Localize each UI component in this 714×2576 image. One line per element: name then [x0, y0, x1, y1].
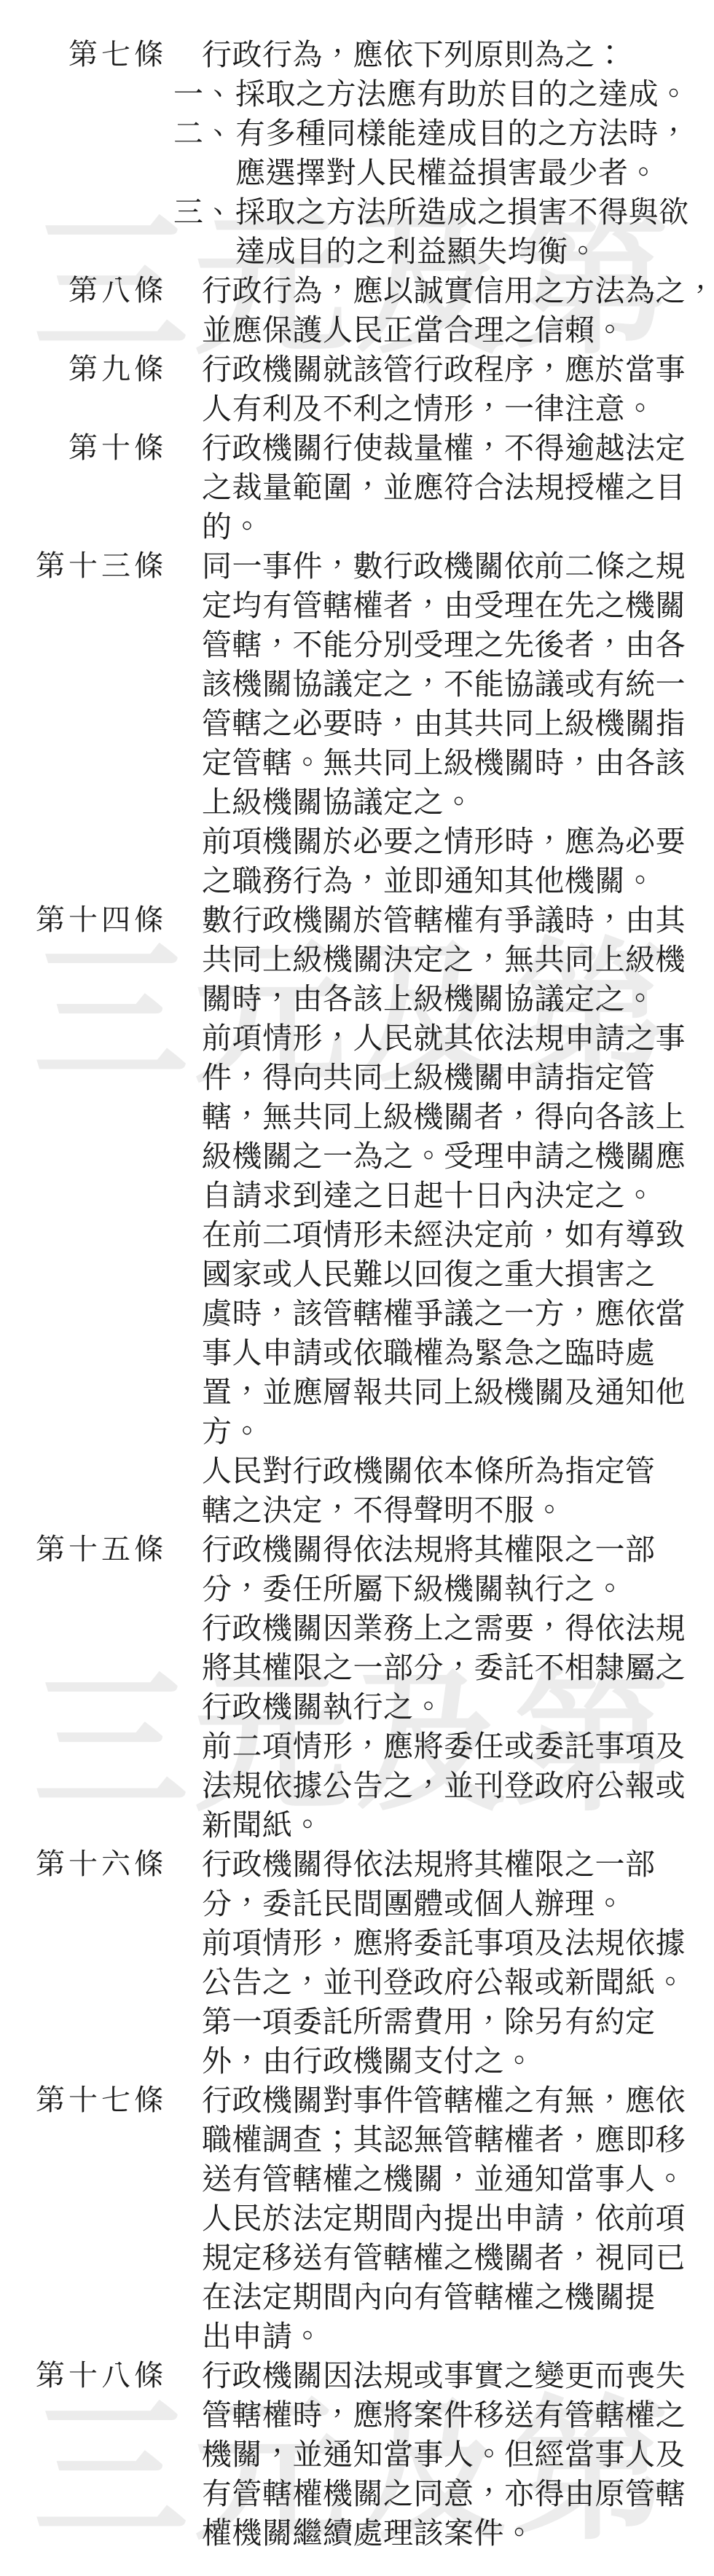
article-lines: 行政機關得依法規將其權限之一部分，委任所屬下級機關執行之。行政機關因業務上之需要… [0, 1530, 714, 1845]
line-text: 定管轄。無共同上級機關時，由各該 [202, 745, 686, 780]
line-text: 規定移送有管轄權之機關者，視同已 [202, 2240, 686, 2275]
line-text: 該機關協議定之，不能協議或有統一 [202, 667, 686, 702]
text-line: 將其權限之一部分，委託不相隸屬之 [202, 1648, 714, 1687]
text-line: 在法定期間內向有管轄權之機關提 [202, 2277, 714, 2317]
item-marker: 二、 [173, 114, 235, 153]
line-text: 行政機關對事件管轄權之有無，應依 [202, 2083, 686, 2118]
article: 第十五條 行政機關得依法規將其權限之一部分，委任所屬下級機關執行之。行政機關因業… [0, 1530, 714, 1845]
article-number: 第十四條 [0, 900, 167, 940]
text-line: 行政機關得依法規將其權限之一部 [202, 1845, 714, 1884]
text-line: 法規依據公告之，並刊登政府公報或 [202, 1766, 714, 1805]
text-line: 行政機關行使裁量權，不得逾越法定 [202, 428, 714, 468]
line-text: 第一項委託所需費用，除另有約定 [202, 2004, 656, 2039]
text-line: 行政機關得依法規將其權限之一部 [202, 1530, 714, 1569]
text-line: 級機關之一為之。受理申請之機關應 [202, 1136, 714, 1176]
text-line: 國家或人民難以回復之重大損害之 [202, 1254, 714, 1294]
text-line: 機關，並通知當事人。但經當事人及 [202, 2435, 714, 2474]
line-text: 送有管轄權之機關，並通知當事人。 [202, 2161, 686, 2196]
line-text: 行政機關因法規或事實之變更而喪失 [202, 2358, 686, 2393]
line-text: 在法定期間內向有管轄權之機關提 [202, 2279, 656, 2314]
text-line: 行政行為，應依下列原則為之： [202, 35, 714, 74]
text-line: 新聞紙。 [202, 1805, 714, 1845]
text-line: 之裁量範圍，並應符合法規授權之目 [202, 468, 714, 507]
line-text: 件，得向共同上級機關申請指定管 [202, 1060, 656, 1095]
line-text: 之職務行為，並即通知其他機關。 [202, 863, 656, 898]
line-text: 同一事件，數行政機關依前二條之規 [202, 549, 686, 584]
article: 第八條 行政行為，應以誠實信用之方法為之，並應保護人民正當合理之信賴。 [0, 271, 714, 350]
article-lines: 數行政機關於管轄權有爭議時，由其共同上級機關決定之，無共同上級機關時，由各該上級… [0, 900, 714, 1530]
line-text: 置，並應層報共同上級機關及通知他 [202, 1375, 686, 1410]
text-line: 轄之決定，不得聲明不服。 [202, 1491, 714, 1530]
text-line: 分，委任所屬下級機關執行之。 [202, 1569, 714, 1609]
line-text: 數行政機關於管轄權有爭議時，由其 [202, 903, 686, 938]
line-text: 方。 [202, 1414, 262, 1449]
text-line: 事人申請或依職權為緊急之臨時處 [202, 1333, 714, 1373]
article-number: 第十五條 [0, 1530, 167, 1569]
article-number: 第七條 [0, 35, 167, 74]
article-number: 第十條 [0, 428, 167, 468]
text-line: 二、有多種同樣能達成目的之方法時， [173, 114, 714, 153]
article: 第十七條 行政機關對事件管轄權之有無，應依職權調查；其認無管轄權者，應即移送有管… [0, 2081, 714, 2356]
line-text: 轄，無共同上級機關者，得向各該上 [202, 1099, 686, 1134]
text-line: 應選擇對人民權益損害最少者。 [235, 153, 714, 192]
text-line: 前二項情形，應將委任或委託事項及 [202, 1727, 714, 1766]
text-line: 一、採取之方法應有助於目的之達成。 [173, 74, 714, 114]
item-marker: 三、 [173, 192, 235, 232]
line-text: 並應保護人民正當合理之信賴。 [202, 313, 625, 347]
article-number: 第十七條 [0, 2081, 167, 2120]
articles: 第七條 行政行為，應依下列原則為之：一、採取之方法應有助於目的之達成。二、有多種… [0, 0, 714, 2553]
text-line: 上級機關協議定之。 [202, 782, 714, 822]
line-text: 上級機關協議定之。 [202, 785, 474, 820]
text-line: 達成目的之利益顯失均衡。 [235, 232, 714, 271]
line-text: 行政行為，應以誠實信用之方法為之， [202, 273, 714, 308]
text-line: 有管轄權機關之同意，亦得由原管轄 [202, 2474, 714, 2513]
line-text: 轄之決定，不得聲明不服。 [202, 1493, 565, 1528]
text-line: 行政行為，應以誠實信用之方法為之， [202, 271, 714, 310]
text-line: 並應保護人民正當合理之信賴。 [202, 310, 714, 350]
article: 第十六條 行政機關得依法規將其權限之一部分，委託民間團體或個人辦理。前項情形，應… [0, 1845, 714, 2081]
text-line: 行政機關因法規或事實之變更而喪失 [202, 2356, 714, 2395]
article-number: 第十六條 [0, 1845, 167, 1884]
text-line: 行政機關就該管行政程序，應於當事 [202, 350, 714, 389]
text-line: 公告之，並刊登政府公報或新聞紙。 [202, 1963, 714, 2002]
text-line: 件，得向共同上級機關申請指定管 [202, 1058, 714, 1097]
text-line: 送有管轄權之機關，並通知當事人。 [202, 2159, 714, 2199]
line-text: 應選擇對人民權益損害最少者。 [235, 155, 659, 190]
line-text: 外，由行政機關支付之。 [202, 2043, 535, 2078]
line-text: 行政機關因業務上之需要，得依法規 [202, 1611, 686, 1646]
text-line: 共同上級機關決定之，無共同上級機 [202, 940, 714, 979]
text-line: 轄，無共同上級機關者，得向各該上 [202, 1097, 714, 1136]
text-line: 方。 [202, 1412, 714, 1451]
article-number: 第九條 [0, 350, 167, 389]
text-line: 外，由行政機關支付之。 [202, 2041, 714, 2081]
line-text: 人民於法定期間內提出申請，依前項 [202, 2201, 686, 2236]
line-text: 行政機關行使裁量權，不得逾越法定 [202, 431, 686, 466]
line-text: 行政行為，應依下列原則為之： [202, 37, 625, 72]
text-line: 管轄之必要時，由其共同上級機關指 [202, 704, 714, 743]
line-text: 出申請。 [202, 2319, 323, 2354]
text-line: 職權調查；其認無管轄權者，應即移 [202, 2120, 714, 2159]
article-number: 第十三條 [0, 546, 167, 586]
article-lines: 行政機關對事件管轄權之有無，應依職權調查；其認無管轄權者，應即移送有管轄權之機關… [0, 2081, 714, 2356]
article: 第十條 行政機關行使裁量權，不得逾越法定之裁量範圍，並應符合法規授權之目的。 [0, 428, 714, 546]
text-line: 同一事件，數行政機關依前二條之規 [202, 546, 714, 586]
text-line: 該機關協議定之，不能協議或有統一 [202, 664, 714, 704]
text-line: 自請求到達之日起十日內決定之。 [202, 1176, 714, 1215]
text-line: 人有利及不利之情形，一律注意。 [202, 389, 714, 428]
line-text: 關時，由各該上級機關協議定之。 [202, 981, 656, 1016]
document-page: 三元及第 三元及第 三元及第 三元及第 第七條 行政行為，應依下列原則為之：一、… [0, 0, 714, 2576]
line-text: 自請求到達之日起十日內決定之。 [202, 1178, 656, 1213]
line-text: 分，委託民間團體或個人辦理。 [202, 1886, 625, 1921]
text-line: 管轄權時，應將案件移送有管轄權之 [202, 2395, 714, 2435]
text-line: 三、採取之方法所造成之損害不得與欲 [173, 192, 714, 232]
text-line: 權機關繼續處理該案件。 [202, 2513, 714, 2553]
line-text: 採取之方法所造成之損害不得與欲 [235, 195, 689, 229]
text-line: 出申請。 [202, 2317, 714, 2356]
text-line: 置，並應層報共同上級機關及通知他 [202, 1373, 714, 1412]
line-text: 有多種同樣能達成目的之方法時， [235, 116, 689, 151]
text-line: 分，委託民間團體或個人辦理。 [202, 1884, 714, 1923]
line-text: 分，委任所屬下級機關執行之。 [202, 1571, 625, 1606]
line-text: 新聞紙。 [202, 1807, 323, 1842]
line-text: 行政機關執行之。 [202, 1689, 444, 1724]
line-text: 前二項情形，應將委任或委託事項及 [202, 1729, 686, 1764]
line-text: 採取之方法應有助於目的之達成。 [235, 76, 689, 111]
article: 第九條 行政機關就該管行政程序，應於當事人有利及不利之情形，一律注意。 [0, 350, 714, 428]
text-line: 在前二項情形未經決定前，如有導致 [202, 1215, 714, 1254]
line-text: 權機關繼續處理該案件。 [202, 2516, 535, 2551]
article: 第七條 行政行為，應依下列原則為之：一、採取之方法應有助於目的之達成。二、有多種… [0, 35, 714, 271]
text-line: 行政機關對事件管轄權之有無，應依 [202, 2081, 714, 2120]
text-line: 人民於法定期間內提出申請，依前項 [202, 2199, 714, 2238]
text-line: 前項情形，應將委託事項及法規依據 [202, 1923, 714, 1963]
article-number: 第十八條 [0, 2356, 167, 2395]
article-number: 第八條 [0, 271, 167, 310]
line-text: 定均有管轄權者，由受理在先之機關 [202, 588, 686, 623]
text-line: 之職務行為，並即通知其他機關。 [202, 861, 714, 900]
item-marker: 一、 [173, 74, 235, 114]
line-text: 國家或人民難以回復之重大損害之 [202, 1257, 656, 1292]
text-line: 的。 [202, 507, 714, 546]
text-line: 數行政機關於管轄權有爭議時，由其 [202, 900, 714, 940]
text-line: 第一項委託所需費用，除另有約定 [202, 2002, 714, 2041]
text-line: 定管轄。無共同上級機關時，由各該 [202, 743, 714, 782]
line-text: 行政機關就該管行政程序，應於當事 [202, 352, 686, 387]
article-lines: 同一事件，數行政機關依前二條之規定均有管轄權者，由受理在先之機關管轄，不能分別受… [0, 546, 714, 900]
text-line: 管轄，不能分別受理之先後者，由各 [202, 625, 714, 664]
text-line: 虞時，該管轄權爭議之一方，應依當 [202, 1294, 714, 1333]
line-text: 在前二項情形未經決定前，如有導致 [202, 1217, 686, 1252]
line-text: 前項情形，人民就其依法規申請之事 [202, 1021, 686, 1056]
line-text: 機關，並通知當事人。但經當事人及 [202, 2437, 686, 2472]
line-text: 職權調查；其認無管轄權者，應即移 [202, 2122, 686, 2157]
line-text: 有管轄權機關之同意，亦得由原管轄 [202, 2476, 686, 2511]
article: 第十三條 同一事件，數行政機關依前二條之規定均有管轄權者，由受理在先之機關管轄，… [0, 546, 714, 900]
line-text: 法規依據公告之，並刊登政府公報或 [202, 1768, 686, 1803]
text-line: 前項情形，人民就其依法規申請之事 [202, 1018, 714, 1058]
line-text: 公告之，並刊登政府公報或新聞紙。 [202, 1965, 686, 2000]
text-line: 行政機關因業務上之需要，得依法規 [202, 1609, 714, 1648]
text-line: 行政機關執行之。 [202, 1687, 714, 1727]
line-text: 前項情形，應將委託事項及法規依據 [202, 1925, 686, 1960]
text-line: 定均有管轄權者，由受理在先之機關 [202, 586, 714, 625]
line-text: 人民對行政機關依本條所為指定管 [202, 1453, 656, 1488]
article: 第十四條 數行政機關於管轄權有爭議時，由其共同上級機關決定之，無共同上級機關時，… [0, 900, 714, 1530]
text-line: 規定移送有管轄權之機關者，視同已 [202, 2238, 714, 2277]
line-text: 達成目的之利益顯失均衡。 [235, 234, 598, 269]
line-text: 事人申請或依職權為緊急之臨時處 [202, 1335, 656, 1370]
line-text: 管轄權時，應將案件移送有管轄權之 [202, 2398, 686, 2432]
line-text: 前項機關於必要之情形時，應為必要 [202, 824, 686, 859]
line-text: 管轄，不能分別受理之先後者，由各 [202, 627, 686, 662]
text-line: 前項機關於必要之情形時，應為必要 [202, 822, 714, 861]
line-text: 管轄之必要時，由其共同上級機關指 [202, 706, 686, 741]
line-text: 行政機關得依法規將其權限之一部 [202, 1847, 656, 1882]
line-text: 級機關之一為之。受理申請之機關應 [202, 1139, 686, 1174]
line-text: 人有利及不利之情形，一律注意。 [202, 391, 656, 426]
line-text: 的。 [202, 509, 262, 544]
line-text: 行政機關得依法規將其權限之一部 [202, 1532, 656, 1567]
text-line: 關時，由各該上級機關協議定之。 [202, 979, 714, 1018]
text-line: 人民對行政機關依本條所為指定管 [202, 1451, 714, 1491]
article: 第十八條 行政機關因法規或事實之變更而喪失管轄權時，應將案件移送有管轄權之機關，… [0, 2356, 714, 2553]
line-text: 將其權限之一部分，委託不相隸屬之 [202, 1650, 686, 1685]
line-text: 共同上級機關決定之，無共同上級機 [202, 942, 686, 977]
line-text: 虞時，該管轄權爭議之一方，應依當 [202, 1296, 686, 1331]
line-text: 之裁量範圍，並應符合法規授權之目 [202, 470, 686, 505]
